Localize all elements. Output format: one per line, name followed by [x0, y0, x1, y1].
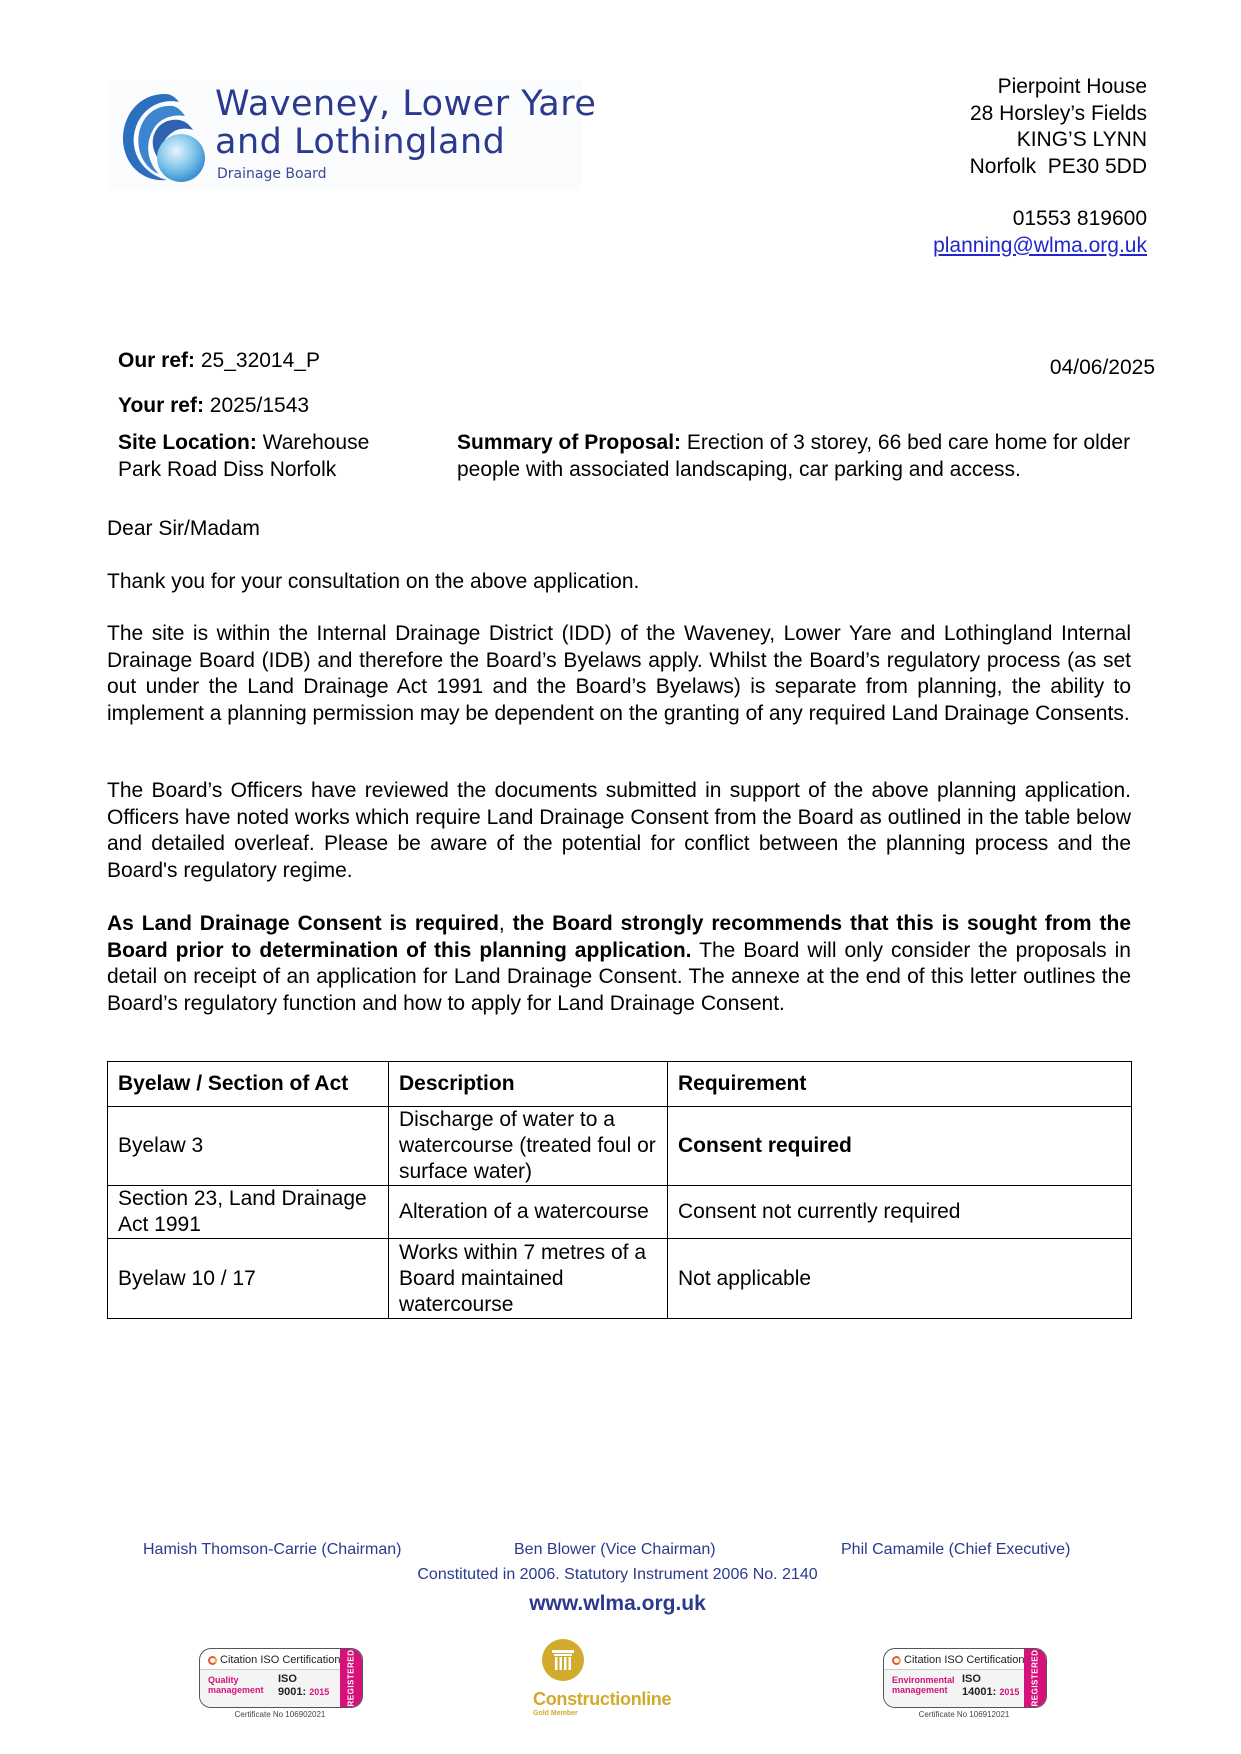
constructionline-badge: Constructionline Gold Member [533, 1638, 673, 1717]
body-paragraph-idd: The site is within the Internal Drainage… [107, 621, 1131, 727]
logo-title-line2: and Lothingland [215, 122, 505, 162]
requirement-cell: Not applicable [668, 1239, 1132, 1319]
column-header-byelaw: Byelaw / Section of Act [108, 1062, 389, 1107]
address-line: KING’S LYNN [933, 127, 1147, 154]
address-line: Norfolk PE30 5DD [933, 154, 1147, 181]
certificate-number: Certificate No 106902021 [199, 1710, 361, 1719]
certificate-number: Certificate No 106912021 [883, 1710, 1045, 1719]
iso-9001-badge: Citation ISO Certification Qualitymanage… [199, 1648, 363, 1708]
your-ref-value: 2025/1543 [204, 394, 309, 417]
body-paragraph-recommendation: As Land Drainage Consent is required, th… [107, 911, 1131, 1017]
your-ref-label: Your ref: [118, 394, 204, 417]
letter-date: 04/06/2025 [1050, 355, 1155, 382]
our-ref-label: Our ref: [118, 349, 195, 372]
thanks-paragraph: Thank you for your consultation on the a… [107, 569, 1131, 596]
wave-swirl-logo-icon [115, 86, 215, 186]
requirement-cell: Consent not currently required [668, 1186, 1132, 1239]
badge-kind: Environmentalmanagement [892, 1675, 955, 1695]
description-cell: Discharge of water to a watercourse (tre… [389, 1107, 668, 1186]
consent-requirements-table: Byelaw / Section of Act Description Requ… [107, 1061, 1132, 1319]
salutation: Dear Sir/Madam [107, 516, 1131, 543]
badge-kind: Qualitymanagement [208, 1675, 264, 1695]
registered-tab: REGISTERED [1024, 1649, 1046, 1707]
address-line: Pierpoint House [933, 74, 1147, 101]
description-cell: Alteration of a watercourse [389, 1186, 668, 1239]
table-row: Byelaw 3 Discharge of water to a waterco… [108, 1107, 1132, 1186]
body-paragraph-review: The Board’s Officers have reviewed the d… [107, 778, 1131, 884]
recommendation-bold-a: As Land Drainage Consent is required [107, 912, 499, 935]
citation-logo-icon [892, 1656, 901, 1665]
registered-tab: REGISTERED [340, 1649, 362, 1707]
badge-standard: ISO14001: 2015 [962, 1673, 1019, 1699]
recommendation-comma: , [499, 912, 513, 935]
organisation-logo: Waveney, Lower Yare and Lothingland Drai… [107, 80, 582, 190]
email-link[interactable]: planning@wlma.org.uk [933, 234, 1147, 257]
footer-constitution: Constituted in 2006. Statutory Instrumen… [0, 1566, 1238, 1584]
footer-website-link[interactable]: www.wlma.org.uk [0, 1592, 1238, 1616]
sender-address: Pierpoint House 28 Horsley’s Fields KING… [933, 74, 1147, 259]
byelaw-cell: Byelaw 10 / 17 [108, 1239, 389, 1319]
constructionline-name: Constructionline [533, 1689, 673, 1710]
proposal-summary: Summary of Proposal: Erection of 3 store… [457, 430, 1137, 483]
citation-logo-icon [208, 1656, 217, 1665]
phone-number: 01553 819600 [933, 206, 1147, 233]
table-header-row: Byelaw / Section of Act Description Requ… [108, 1062, 1132, 1107]
badge-standard: ISO9001: 2015 [278, 1673, 329, 1699]
our-reference: Our ref: 25_32014_P [118, 348, 320, 375]
footer-vice-chairman: Ben Blower (Vice Chairman) [514, 1541, 716, 1559]
logo-subtitle: Drainage Board [217, 166, 327, 182]
citation-title: Citation ISO Certification [208, 1654, 340, 1666]
address-line: 28 Horsley’s Fields [933, 101, 1147, 128]
column-header-description: Description [389, 1062, 668, 1107]
requirement-cell: Consent required [668, 1107, 1132, 1186]
footer-chairman: Hamish Thomson-Carrie (Chairman) [143, 1541, 401, 1559]
site-location: Site Location: Warehouse Park Road Diss … [118, 430, 408, 483]
summary-label: Summary of Proposal: [457, 431, 681, 454]
logo-title-line1: Waveney, Lower Yare [215, 84, 596, 124]
pillar-column-icon [541, 1638, 585, 1682]
site-location-label: Site Location: [118, 431, 257, 454]
byelaw-cell: Byelaw 3 [108, 1107, 389, 1186]
footer-chief-executive: Phil Camamile (Chief Executive) [841, 1541, 1070, 1559]
table-row: Byelaw 10 / 17 Works within 7 metres of … [108, 1239, 1132, 1319]
your-reference: Your ref: 2025/1543 [118, 393, 309, 420]
constructionline-tier: Gold Member [533, 1710, 673, 1717]
citation-title: Citation ISO Certification [892, 1654, 1024, 1666]
byelaw-cell: Section 23, Land Drainage Act 1991 [108, 1186, 389, 1239]
our-ref-value: 25_32014_P [195, 349, 320, 372]
column-header-requirement: Requirement [668, 1062, 1132, 1107]
description-cell: Works within 7 metres of a Board maintai… [389, 1239, 668, 1319]
iso-14001-badge: Citation ISO Certification Environmental… [883, 1648, 1047, 1708]
table-row: Section 23, Land Drainage Act 1991 Alter… [108, 1186, 1132, 1239]
